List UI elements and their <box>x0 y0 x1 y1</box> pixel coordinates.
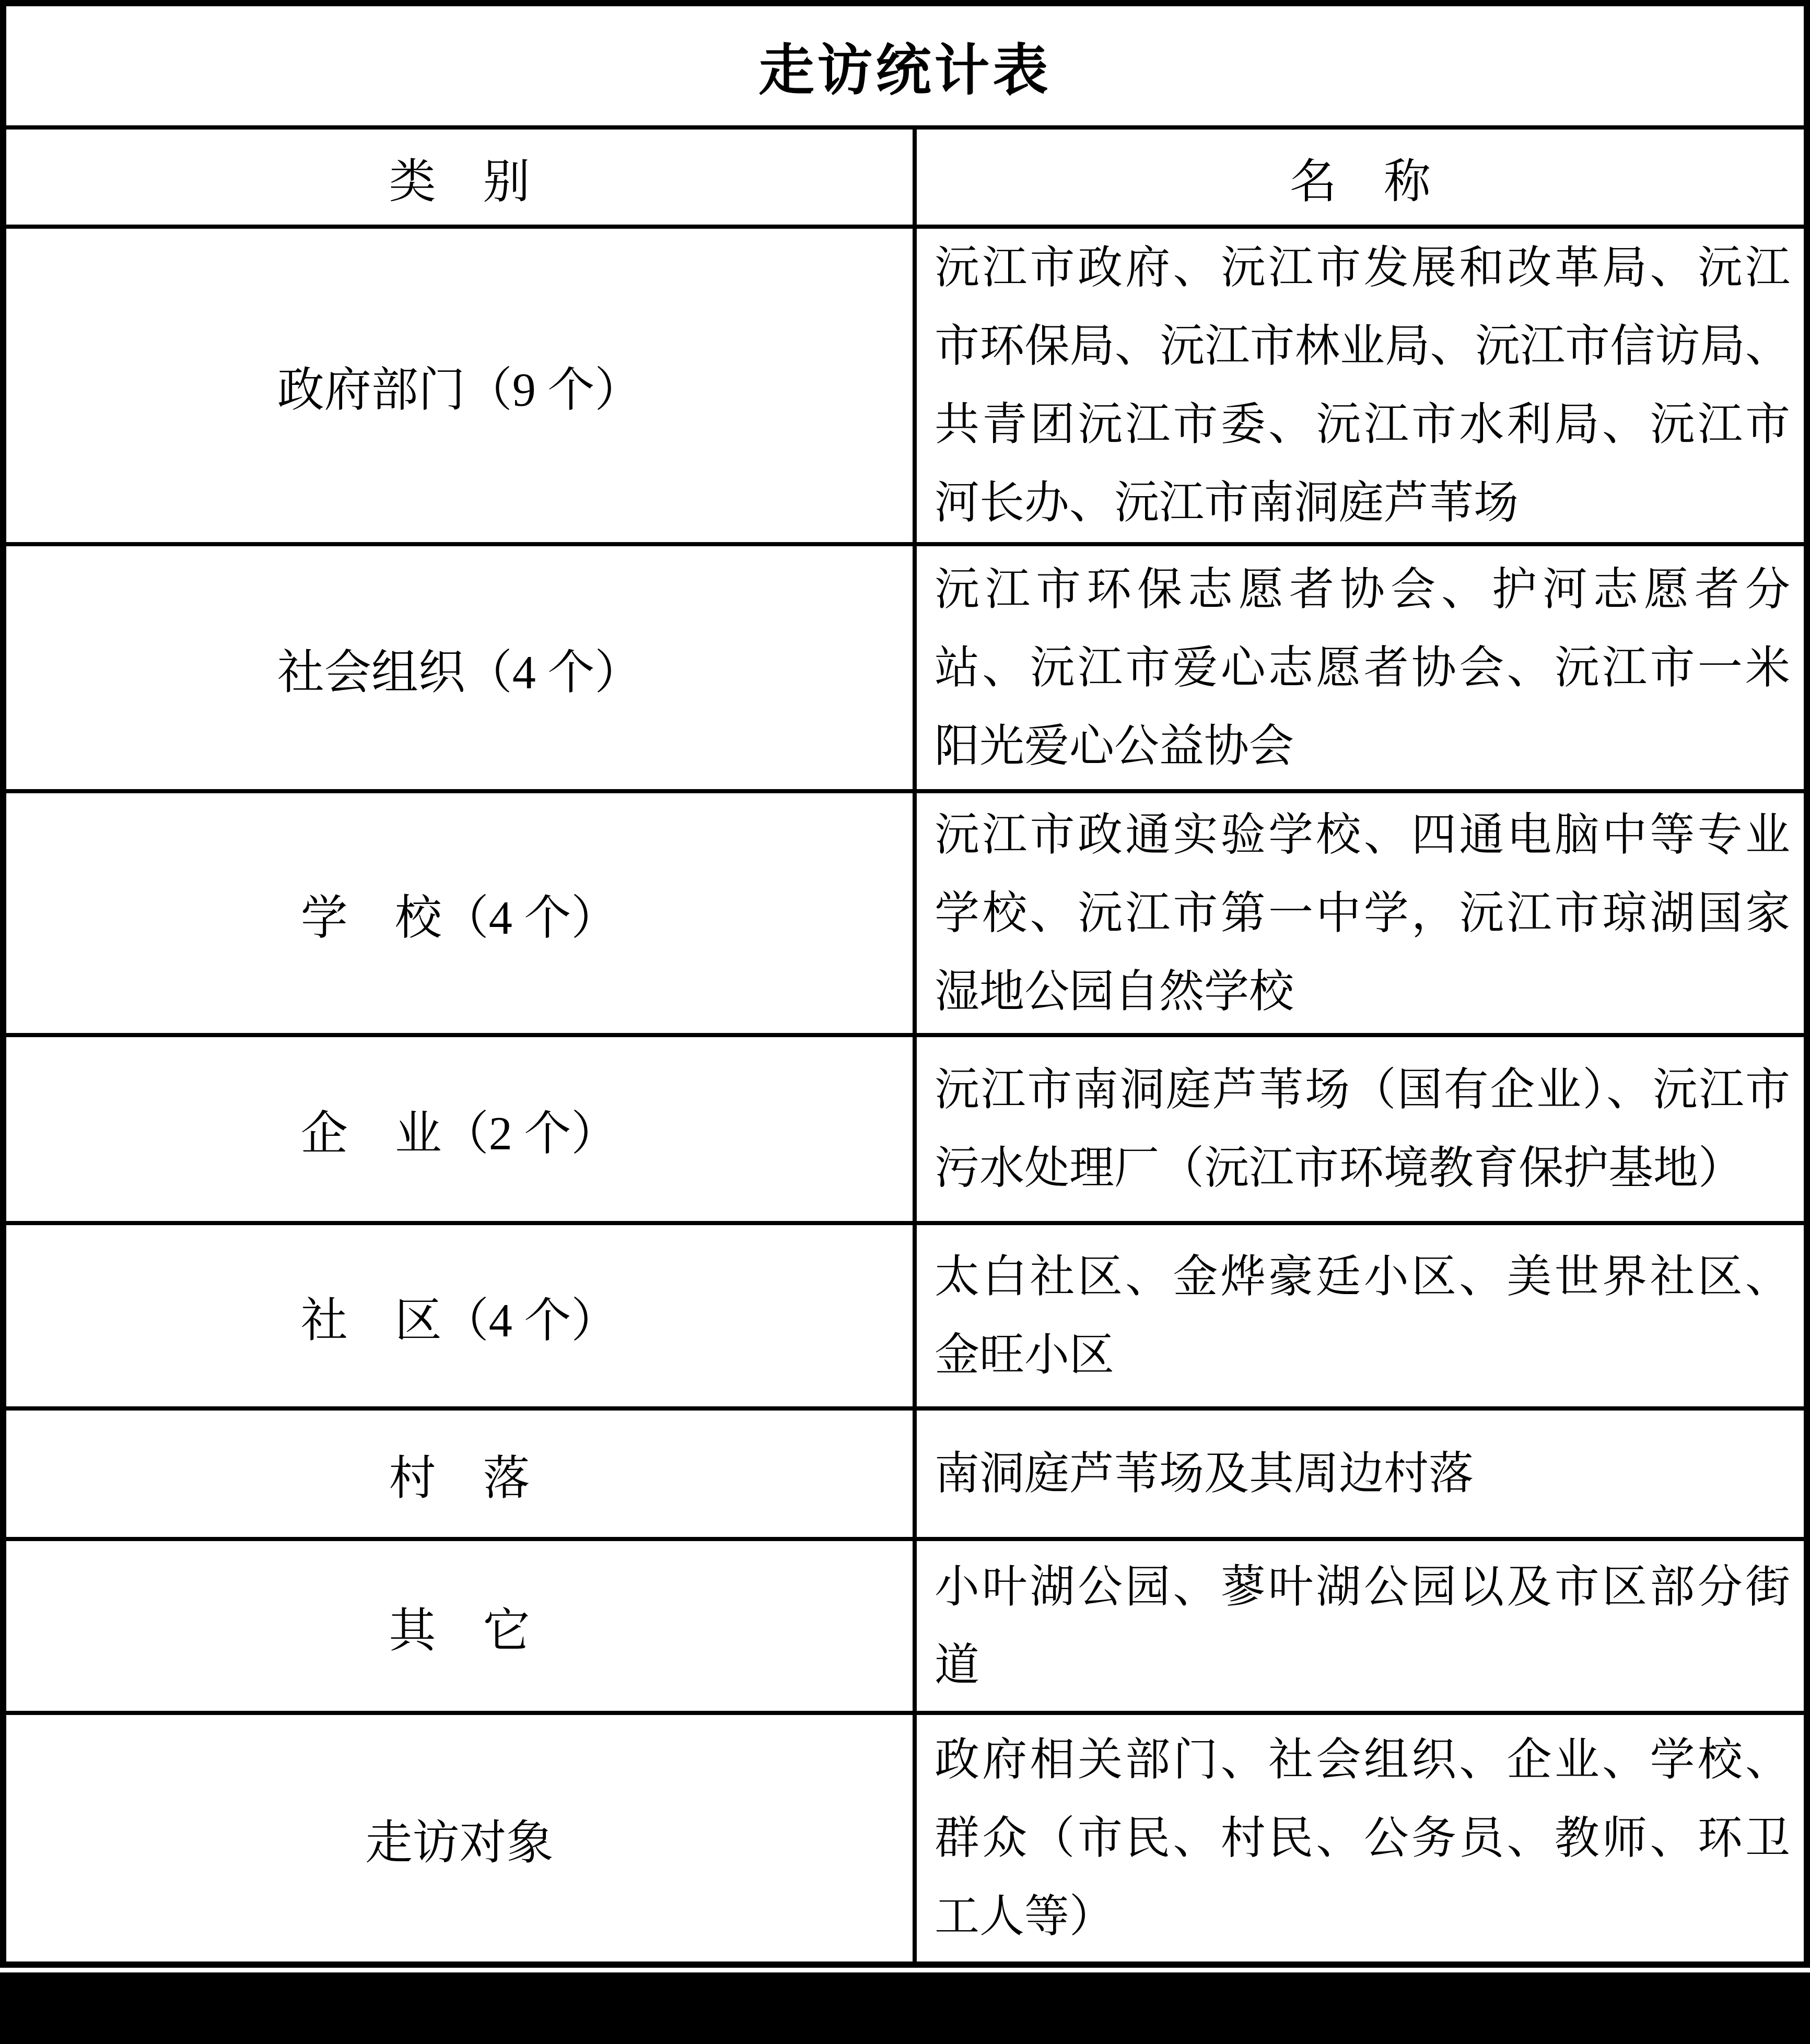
name-line: 南洞庭芦苇场及其周边村落 <box>935 1435 1790 1513</box>
table-title: 走访统计表 <box>3 3 1807 127</box>
table-row: 企 业（2 个） 沅江市南洞庭芦苇场（国有企业）、沅江市污水处理厂（沅江市环境教… <box>3 1035 1807 1223</box>
name-line: 群众（市民、村民、公务员、教师、环卫 <box>935 1799 1790 1877</box>
name-line: 太白社区、金烨豪廷小区、美世界社区、 <box>935 1238 1790 1316</box>
name-line: 河长办、沅江市南洞庭芦苇场 <box>935 464 1790 542</box>
name-line: 市环保局、沅江市林业局、沅江市信访局、 <box>935 307 1790 385</box>
name-line: 小叶湖公园、蓼叶湖公园以及市区部分街 <box>935 1548 1790 1626</box>
table-row: 社会组织（4 个） 沅江市环保志愿者协会、护河志愿者分站、沅江市爱心志愿者协会、… <box>3 544 1807 791</box>
category-cell: 走访对象 <box>3 1713 915 1965</box>
category-cell: 学 校（4 个） <box>3 791 915 1035</box>
name-line: 沅江市环保志愿者协会、护河志愿者分 <box>935 550 1790 629</box>
name-line: 污水处理厂（沅江市环境教育保护基地） <box>935 1129 1790 1207</box>
name-cell: 沅江市环保志愿者协会、护河志愿者分站、沅江市爱心志愿者协会、沅江市一米阳光爱心公… <box>915 544 1807 791</box>
name-cell: 南洞庭芦苇场及其周边村落 <box>915 1408 1807 1539</box>
name-line: 共青团沅江市委、沅江市水利局、沅江市 <box>935 385 1790 464</box>
table-row: 村 落 南洞庭芦苇场及其周边村落 <box>3 1408 1807 1539</box>
category-cell: 其 它 <box>3 1539 915 1713</box>
header-row: 类 别 名 称 <box>3 127 1807 227</box>
title-row: 走访统计表 <box>3 3 1807 127</box>
visit-stats-table: 走访统计表 类 别 名 称 政府部门（9 个） 沅江市政府、沅江市发展和改革局、… <box>0 0 1810 1968</box>
column-header-category: 类 别 <box>3 127 915 227</box>
name-line: 学校、沅江市第一中学，沅江市琼湖国家 <box>935 874 1790 953</box>
category-cell: 社会组织（4 个） <box>3 544 915 791</box>
name-line: 道 <box>935 1626 1790 1705</box>
name-cell: 沅江市政府、沅江市发展和改革局、沅江市环保局、沅江市林业局、沅江市信访局、共青团… <box>915 227 1807 544</box>
table-row: 学 校（4 个） 沅江市政通实验学校、四通电脑中等专业学校、沅江市第一中学，沅江… <box>3 791 1807 1035</box>
document-page: 走访统计表 类 别 名 称 政府部门（9 个） 沅江市政府、沅江市发展和改革局、… <box>0 0 1810 2044</box>
name-cell: 太白社区、金烨豪廷小区、美世界社区、金旺小区 <box>915 1223 1807 1408</box>
name-line: 沅江市政通实验学校、四通电脑中等专业 <box>935 796 1790 874</box>
name-line: 湿地公园自然学校 <box>935 953 1790 1031</box>
name-cell: 沅江市政通实验学校、四通电脑中等专业学校、沅江市第一中学，沅江市琼湖国家湿地公园… <box>915 791 1807 1035</box>
name-cell: 小叶湖公园、蓼叶湖公园以及市区部分街道 <box>915 1539 1807 1713</box>
name-line: 工人等） <box>935 1877 1790 1956</box>
category-cell: 社 区（4 个） <box>3 1223 915 1408</box>
bottom-black-bar <box>0 1972 1810 2044</box>
table-body: 政府部门（9 个） 沅江市政府、沅江市发展和改革局、沅江市环保局、沅江市林业局、… <box>3 227 1807 1965</box>
column-header-name: 名 称 <box>915 127 1807 227</box>
table-row: 其 它 小叶湖公园、蓼叶湖公园以及市区部分街道 <box>3 1539 1807 1713</box>
category-cell: 村 落 <box>3 1408 915 1539</box>
name-line: 站、沅江市爱心志愿者协会、沅江市一米 <box>935 629 1790 707</box>
category-cell: 企 业（2 个） <box>3 1035 915 1223</box>
name-line: 阳光爱心公益协会 <box>935 707 1790 785</box>
table-row: 政府部门（9 个） 沅江市政府、沅江市发展和改革局、沅江市环保局、沅江市林业局、… <box>3 227 1807 544</box>
table-row: 走访对象 政府相关部门、社会组织、企业、学校、群众（市民、村民、公务员、教师、环… <box>3 1713 1807 1965</box>
table-row: 社 区（4 个） 太白社区、金烨豪廷小区、美世界社区、金旺小区 <box>3 1223 1807 1408</box>
name-line: 政府相关部门、社会组织、企业、学校、 <box>935 1721 1790 1799</box>
name-line: 金旺小区 <box>935 1316 1790 1394</box>
name-line: 沅江市南洞庭芦苇场（国有企业）、沅江市 <box>935 1051 1790 1129</box>
category-cell: 政府部门（9 个） <box>3 227 915 544</box>
name-cell: 政府相关部门、社会组织、企业、学校、群众（市民、村民、公务员、教师、环卫工人等） <box>915 1713 1807 1965</box>
name-line: 沅江市政府、沅江市发展和改革局、沅江 <box>935 229 1790 307</box>
name-cell: 沅江市南洞庭芦苇场（国有企业）、沅江市污水处理厂（沅江市环境教育保护基地） <box>915 1035 1807 1223</box>
